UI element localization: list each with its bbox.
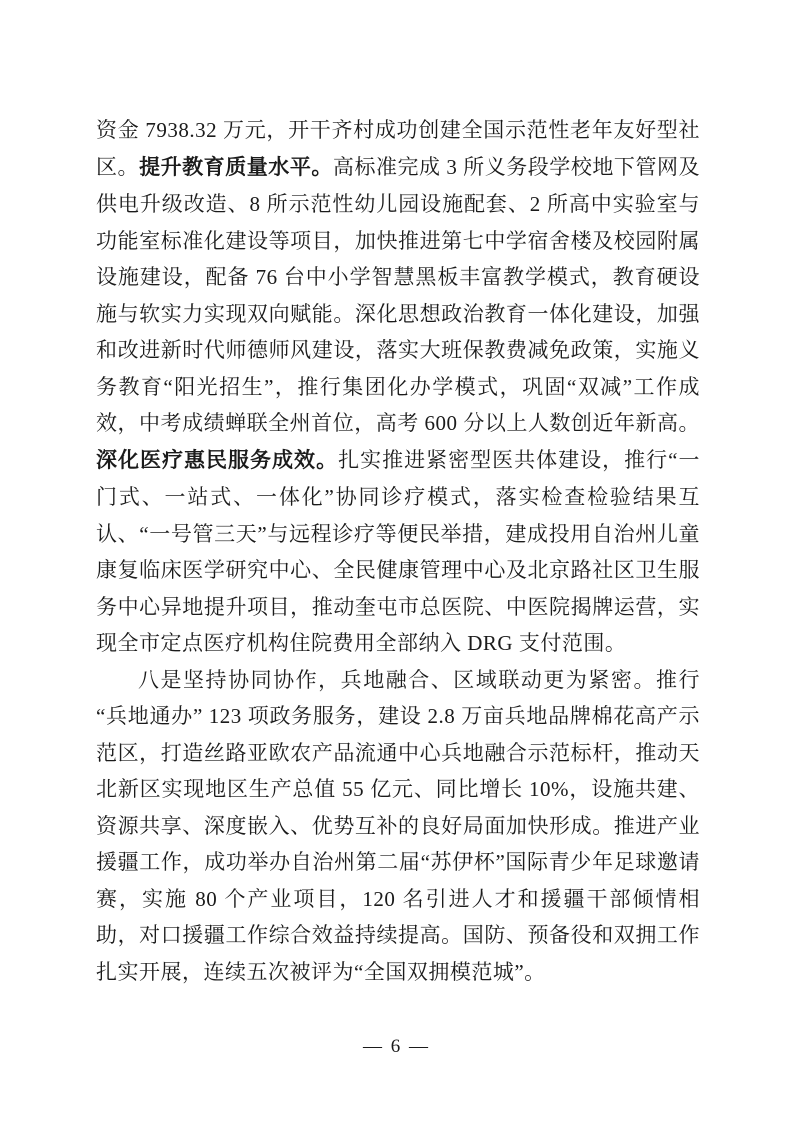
text-segment: 扎实推进紧密型医共体建设，推行“一门式、一站式、一体化”协同诊疗模式，落实检查检… <box>96 448 700 656</box>
text-segment: 八是坚持协同协作，兵地融合、区域联动更为紧密。推行“兵地通办” 123 项政务服… <box>96 668 700 984</box>
text-segment: 高标准完成 3 所义务段学校地下管网及供电升级改造、8 所示范性幼儿园设施配套、… <box>96 155 700 436</box>
document-page: 资金 7938.32 万元，开干齐村成功创建全国示范性老年友好型社区。提升教育质… <box>0 0 793 1122</box>
paragraph: 资金 7938.32 万元，开干齐村成功创建全国示范性老年友好型社区。提升教育质… <box>96 112 700 662</box>
page-number: — 6 — <box>0 1036 793 1058</box>
paragraph: 八是坚持协同协作，兵地融合、区域联动更为紧密。推行“兵地通办” 123 项政务服… <box>96 662 700 991</box>
bold-heading-segment: 深化医疗惠民服务成效。 <box>96 449 338 472</box>
page-number-label: — 6 — <box>363 1036 430 1057</box>
bold-heading-segment: 提升教育质量水平。 <box>139 156 333 179</box>
document-body: 资金 7938.32 万元，开干齐村成功创建全国示范性老年友好型社区。提升教育质… <box>96 112 700 990</box>
